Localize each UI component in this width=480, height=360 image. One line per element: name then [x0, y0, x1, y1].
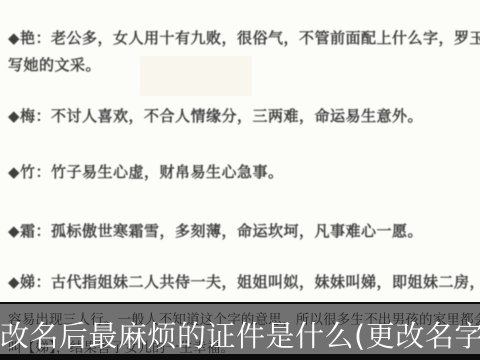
article-line-shuang: ◆霜：孤标傲世寒霜雪，多刻薄，命运坎坷，凡事难心一愿。	[8, 220, 423, 241]
article-line-di: ◆娣：古代指姐妹二人共侍一夫，姐姐叫姒，妹妹叫娣，即姐妹二房，小妾，婚姻容易变，	[8, 271, 480, 292]
article-line-mei: ◆梅：不讨人喜欢，不合人情缘分，三两难，命运易生意外。	[8, 105, 423, 126]
article-line-yan: ◆艳：老公多，女人用十有九败，很俗气，不管前面配上什么字，罗玉凤，都难逃俗气空间	[8, 27, 480, 48]
article-line-zhu: ◆竹：竹子易生心虚，财帛易生心急事。	[8, 161, 284, 182]
article-line-yan-wrap: 写她的文采。	[8, 54, 101, 75]
bottom-overlay-panel: 容易出现三人行。一般人不知道这个字的意思，所以很多生不出男孩的家里都会给女儿起名…	[0, 302, 480, 360]
overlay-title: 改名后最麻烦的证件是什么(更改名字证明)	[0, 314, 480, 355]
article-image: ◆艳：老公多，女人用十有九败，很俗气，不管前面配上什么字，罗玉凤，都难逃俗气空间…	[0, 0, 480, 360]
background-artifact-patch	[140, 56, 252, 96]
